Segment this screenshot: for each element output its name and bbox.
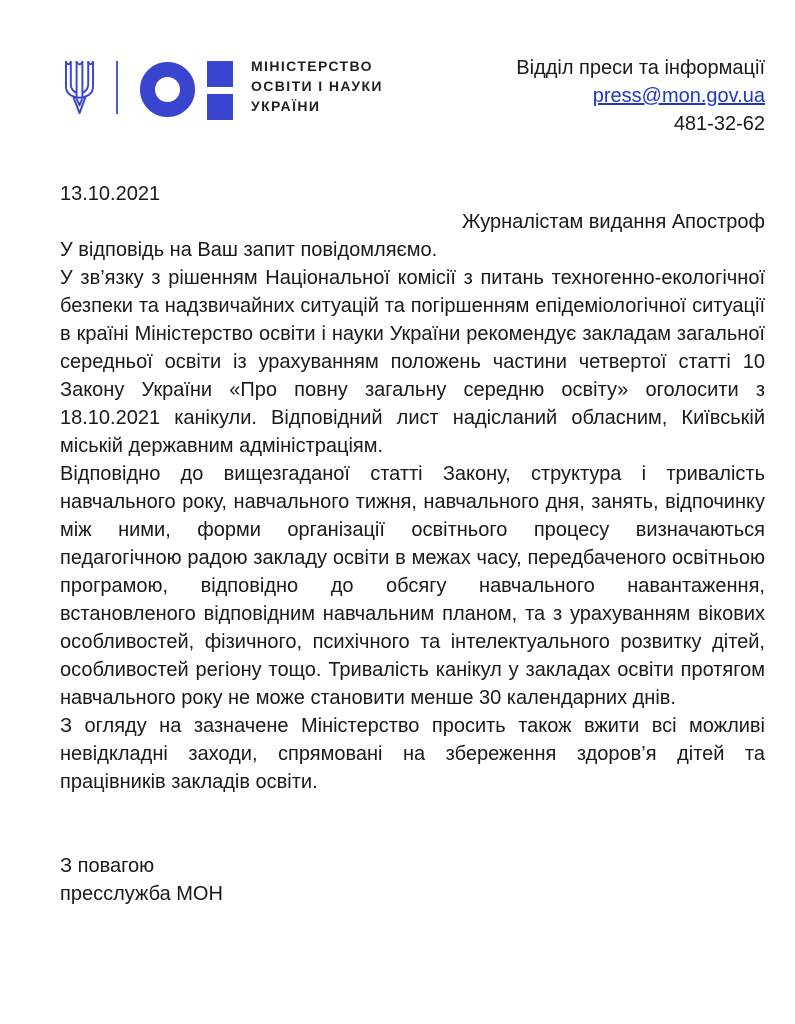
square-icon (207, 94, 233, 120)
ministry-name-line: МІНІСТЕРСТВО (251, 56, 383, 76)
ministry-name-line: ОСВІТИ І НАУКИ (251, 76, 383, 96)
ministry-name: МІНІСТЕРСТВО ОСВІТИ І НАУКИ УКРАЇНИ (251, 56, 383, 116)
ring-icon (140, 62, 195, 117)
trident-icon (60, 58, 99, 116)
intro-line: У відповідь на Ваш запит повідомляємо. (60, 236, 765, 264)
closing-salutation: З повагою (60, 852, 765, 880)
paragraph-1: У зв’язку з рішенням Національної комісі… (60, 264, 765, 460)
letter-page: МІНІСТЕРСТВО ОСВІТИ І НАУКИ УКРАЇНИ Відд… (0, 0, 795, 1024)
letterhead: МІНІСТЕРСТВО ОСВІТИ І НАУКИ УКРАЇНИ Відд… (60, 56, 765, 138)
addressee-line: Журналістам видання Апостроф (60, 208, 765, 236)
logo-divider (116, 61, 118, 114)
ministry-name-line: УКРАЇНИ (251, 96, 383, 116)
signature-block: З повагою пресслужба МОН (60, 852, 765, 908)
paragraph-3: З огляду на зазначене Міністерство проси… (60, 712, 765, 796)
closing-sender: пресслужба МОН (60, 880, 765, 908)
letter-date: 13.10.2021 (60, 180, 765, 208)
mon-logo: МІНІСТЕРСТВО ОСВІТИ І НАУКИ УКРАЇНИ (60, 56, 383, 120)
paragraph-2: Відповідно до вищезгаданої статті Закону… (60, 460, 765, 712)
colon-squares-icon (207, 61, 233, 120)
press-email-link[interactable]: press@mon.gov.ua (516, 82, 765, 110)
letter-body: 13.10.2021 Журналістам видання Апостроф … (60, 180, 765, 908)
press-department: Відділ преси та інформації (516, 54, 765, 82)
press-phone: 481-32-62 (516, 110, 765, 138)
square-icon (207, 61, 233, 87)
press-contact-block: Відділ преси та інформації press@mon.gov… (516, 54, 765, 138)
